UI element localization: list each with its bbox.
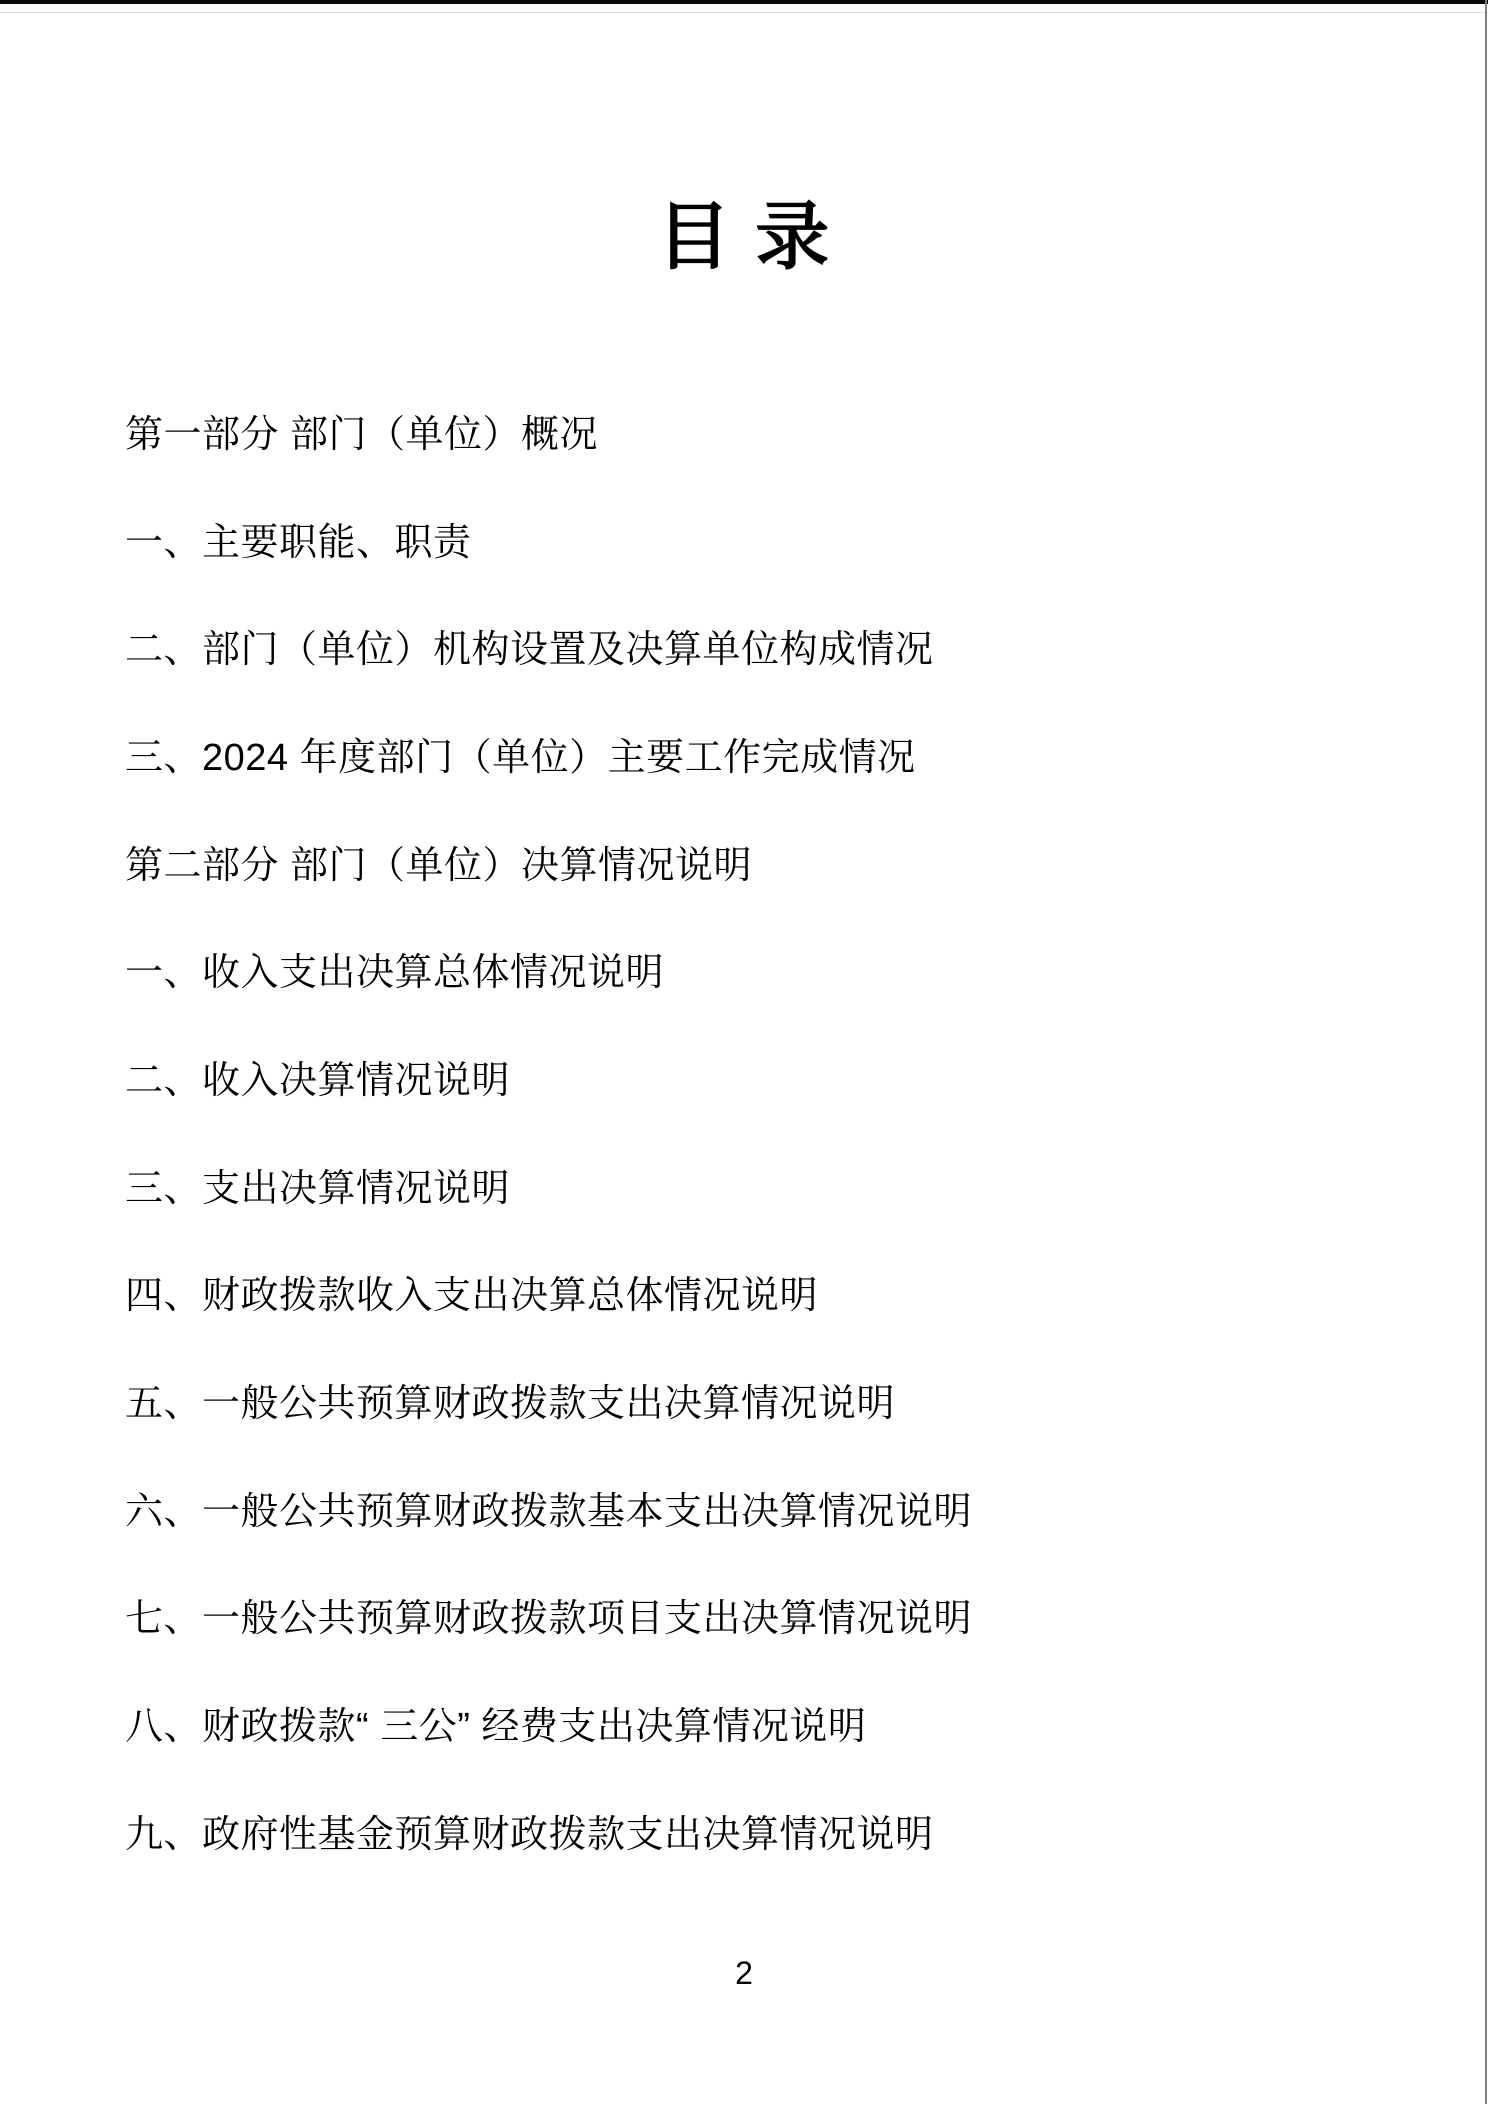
toc-item: 三、支出决算情况说明 [125, 1135, 1448, 1243]
page-number: 2 [0, 1956, 1488, 1990]
scan-top-edge-artifact [0, 0, 1488, 4]
toc-item: 二、部门（单位）机构设置及决算单位构成情况 [125, 596, 1448, 704]
toc-item-part1: 第一部分 部门（单位）概况 [125, 381, 1448, 489]
scan-right-edge-artifact [1485, 0, 1487, 2104]
toc-item: 八、财政拨款“ 三公” 经费支出决算情况说明 [125, 1673, 1448, 1781]
toc-item-part2: 第二部分 部门（单位）决算情况说明 [125, 812, 1448, 920]
toc-item: 六、一般公共预算财政拨款基本支出决算情况说明 [125, 1458, 1448, 1566]
toc-item: 五、一般公共预算财政拨款支出决算情况说明 [125, 1350, 1448, 1458]
page-title: 目 录 [0, 194, 1488, 280]
toc-item: 一、主要职能、职责 [125, 489, 1448, 597]
toc-item: 四、财政拨款收入支出决算总体情况说明 [125, 1243, 1448, 1351]
document-page: 目 录 第一部分 部门（单位）概况 一、主要职能、职责 二、部门（单位）机构设置… [0, 0, 1488, 2104]
toc-item: 七、一般公共预算财政拨款项目支出决算情况说明 [125, 1566, 1448, 1674]
table-of-contents: 第一部分 部门（单位）概况 一、主要职能、职责 二、部门（单位）机构设置及决算单… [125, 381, 1448, 1889]
toc-item: 一、收入支出决算总体情况说明 [125, 919, 1448, 1027]
toc-item: 三、2024 年度部门（单位）主要工作完成情况 [125, 704, 1448, 812]
scan-top-faint-line [0, 12, 1488, 13]
toc-item: 九、政府性基金预算财政拨款支出决算情况说明 [125, 1781, 1448, 1889]
toc-item: 二、收入决算情况说明 [125, 1027, 1448, 1135]
